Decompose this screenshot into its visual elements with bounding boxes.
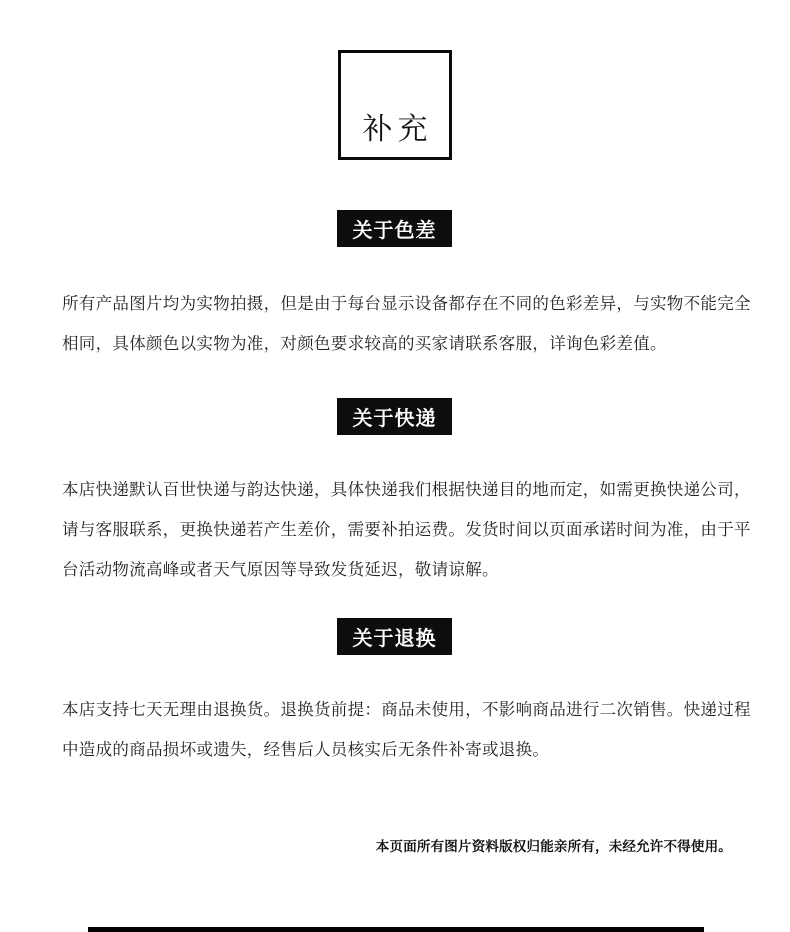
- bottom-divider-bar: [88, 927, 704, 932]
- paragraph-line: 中造成的商品损坏或遗失，经售后人员核实后无条件补寄或退换。: [62, 730, 751, 770]
- paragraph-line: 所有产品图片均为实物拍摄，但是由于每台显示设备都存在不同的色彩差异，与实物不能完…: [62, 284, 751, 324]
- copyright-notice: 本页面所有图片资料版权归能亲所有，未经允许不得使用。: [376, 835, 732, 855]
- section-heading-color-difference: 关于色差: [337, 210, 452, 247]
- supplement-title-box: 补充: [338, 50, 452, 160]
- supplement-page: 补充 关于色差 所有产品图片均为实物拍摄，但是由于每台显示设备都存在不同的色彩差…: [0, 0, 790, 932]
- section-body-returns: 本店支持七天无理由退换货。退换货前提：商品未使用，不影响商品进行二次销售。快递过…: [62, 690, 751, 770]
- paragraph-line: 相同，具体颜色以实物为准，对颜色要求较高的买家请联系客服，详询色彩差值。: [62, 324, 751, 364]
- paragraph-line: 台活动物流高峰或者天气原因等导致发货延迟，敬请谅解。: [62, 550, 751, 590]
- supplement-title: 补充: [363, 115, 433, 157]
- paragraph-line: 本店快递默认百世快递与韵达快递，具体快递我们根据快递目的地而定，如需更换快递公司…: [62, 470, 751, 510]
- section-heading-returns: 关于退换: [337, 618, 452, 655]
- section-body-color-difference: 所有产品图片均为实物拍摄，但是由于每台显示设备都存在不同的色彩差异，与实物不能完…: [62, 284, 751, 364]
- section-heading-shipping: 关于快递: [337, 398, 452, 435]
- paragraph-line: 本店支持七天无理由退换货。退换货前提：商品未使用，不影响商品进行二次销售。快递过…: [62, 690, 751, 730]
- section-body-shipping: 本店快递默认百世快递与韵达快递，具体快递我们根据快递目的地而定，如需更换快递公司…: [62, 470, 751, 590]
- paragraph-line: 请与客服联系，更换快递若产生差价，需要补拍运费。发货时间以页面承诺时间为准，由于…: [62, 510, 751, 550]
